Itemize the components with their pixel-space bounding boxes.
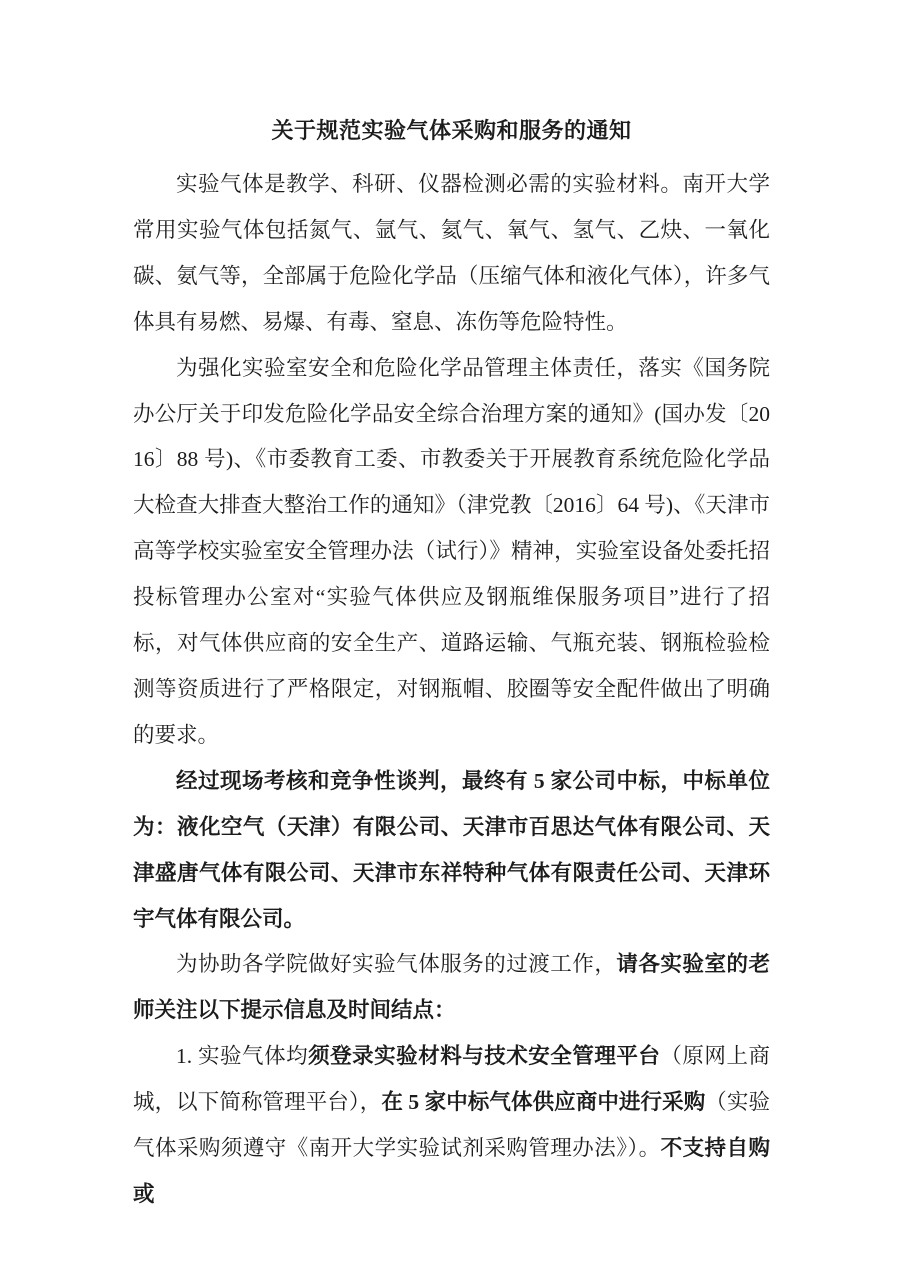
text-run: 须登录实验材料与技术安全管理平台 [308,1044,660,1068]
document-page: 关于规范实验气体采购和服务的通知 实验气体是教学、科研、仪器检测必需的实验材料。… [0,0,900,1272]
paragraph: 实验气体是教学、科研、仪器检测必需的实验材料。南开大学常用实验气体包括氮气、氩气… [133,162,770,346]
text-run: 为强化实验室安全和危险化学品管理主体责任，落实《国务院办公厅关于印发危险化学品安… [133,356,770,747]
paragraph: 为协助各学院做好实验气体服务的过渡工作，请各实验室的老师关注以下提示信息及时间结… [133,942,770,1034]
paragraph: 为强化实验室安全和危险化学品管理主体责任，落实《国务院办公厅关于印发危险化学品安… [133,346,770,759]
document-title: 关于规范实验气体采购和服务的通知 [133,115,770,147]
text-run: 1. 实验气体均 [176,1044,308,1068]
paragraph: 1. 实验气体均须登录实验材料与技术安全管理平台（原网上商城，以下简称管理平台）… [133,1034,770,1218]
text-run: 经过现场考核和竞争性谈判，最终有 5 家公司中标，中标单位为：液化空气（天津）有… [133,769,770,931]
text-run: 在 5 家中标气体供应商中进行采购 [381,1090,705,1114]
document-body: 实验气体是教学、科研、仪器检测必需的实验材料。南开大学常用实验气体包括氮气、氩气… [133,162,770,1218]
paragraph: 经过现场考核和竞争性谈判，最终有 5 家公司中标，中标单位为：液化空气（天津）有… [133,759,770,943]
text-run: 为协助各学院做好实验气体服务的过渡工作， [176,952,616,976]
text-run: 实验气体是教学、科研、仪器检测必需的实验材料。南开大学常用实验气体包括氮气、氩气… [133,172,770,334]
